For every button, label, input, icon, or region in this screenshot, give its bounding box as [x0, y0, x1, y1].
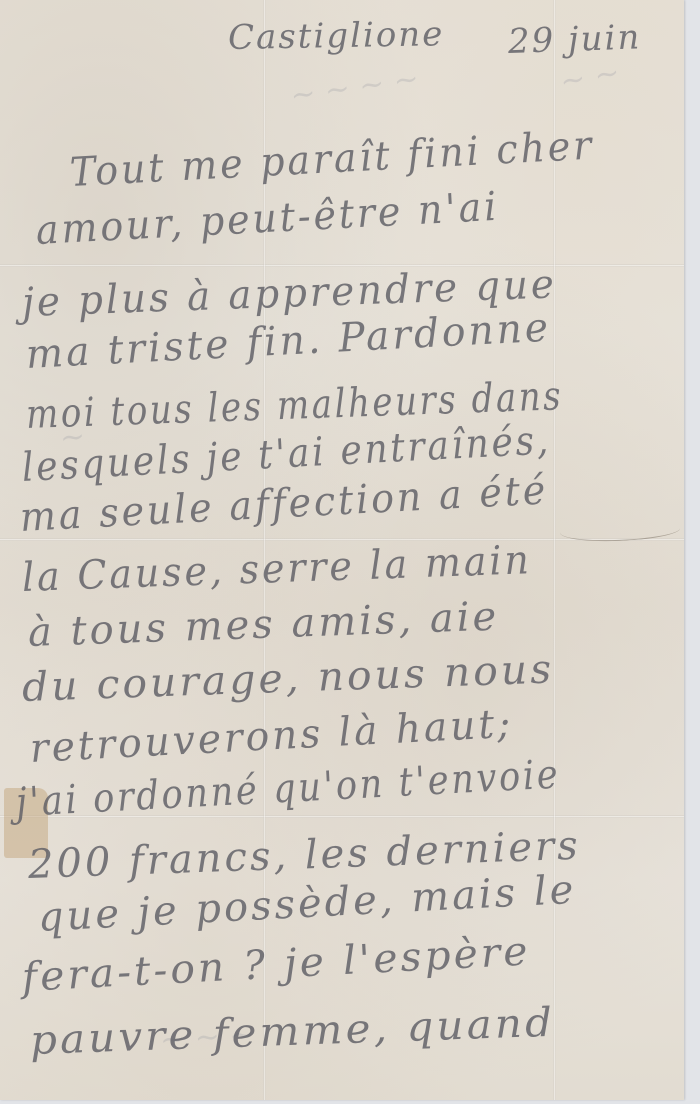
scanned-letter: ~ ~ ~ ~ ~ ~ ~ ~ ~ ~ Castiglione 29 juin …: [0, 0, 700, 1104]
letter-line: amour, peut-être n'ai: [35, 184, 500, 254]
letter-date: 29 juin: [507, 17, 642, 62]
letter-paper: ~ ~ ~ ~ ~ ~ ~ ~ ~ ~ Castiglione 29 juin …: [0, 0, 684, 1100]
letter-line: pauvre femme, quand: [29, 1000, 556, 1064]
bleed-through: ~ ~ ~ ~: [288, 61, 421, 114]
fold-crease: [0, 264, 684, 267]
letter-place: Castiglione: [228, 14, 445, 58]
bleed-through: ~ ~: [557, 55, 622, 100]
letter-line: à tous mes amis, aie: [27, 594, 500, 656]
letter-line: Tout me paraît fini cher: [69, 123, 595, 196]
letter-line: la Cause, serre la main: [21, 537, 532, 601]
letter-line: fera-t-on ? je l'espère: [21, 928, 532, 1001]
letter-line: du courage, nous nous: [21, 646, 555, 711]
